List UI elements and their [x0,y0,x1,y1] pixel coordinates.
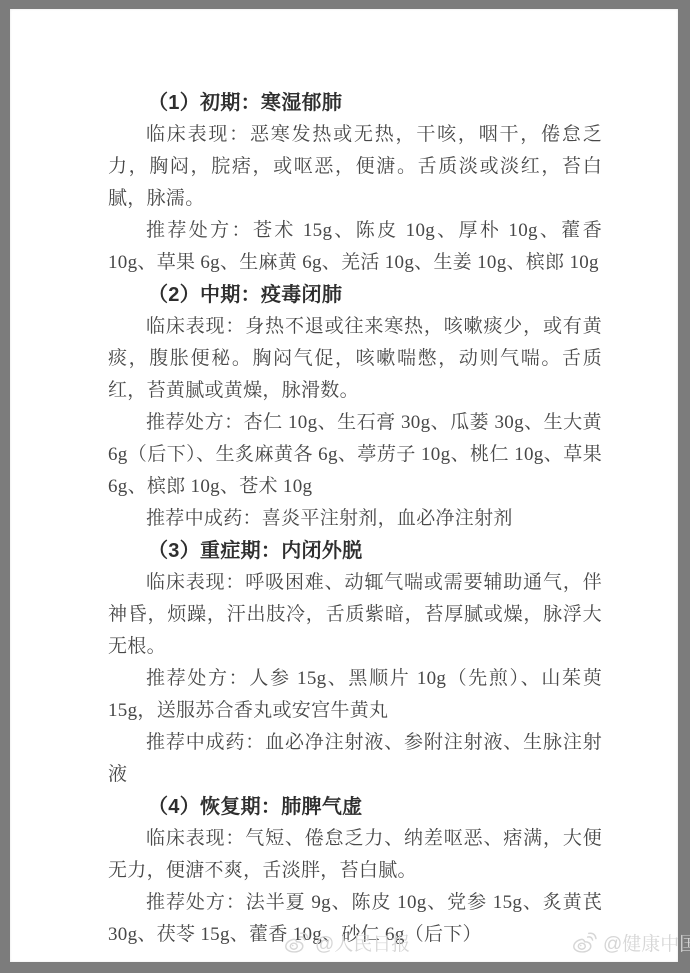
section-heading: （1）初期：寒湿郁肺 [108,87,602,119]
weibo-icon [571,929,598,956]
section-severe-stage: （3）重症期：内闭外脱 临床表现：呼吸困难、动辄气喘或需要辅助通气，伴神昏，烦躁… [108,535,602,791]
watermark-people-daily: @人民日报 [283,929,410,956]
recommended-prescription: 推荐处方：杏仁 10g、生石膏 30g、瓜蒌 30g、生大黄 6g（后下）、生炙… [108,407,602,503]
clinical-manifestations: 临床表现：气短、倦怠乏力、纳差呕恶、痞满，大便无力，便溏不爽，舌淡胖，苔白腻。 [108,823,602,887]
recommended-patent-medicine: 推荐中成药：喜炎平注射剂，血必净注射剂 [108,503,602,535]
watermark-healthy-china: @健康中国 [571,929,690,956]
screenshot-root: { "page": { "background_color": "#7c7c7c… [0,0,690,973]
document-page: （1）初期：寒湿郁肺 临床表现：恶寒发热或无热，干咳，咽干，倦怠乏力，胸闷，脘痞… [10,9,678,962]
document-body: （1）初期：寒湿郁肺 临床表现：恶寒发热或无热，干咳，咽干，倦怠乏力，胸闷，脘痞… [108,87,602,951]
recommended-patent-medicine: 推荐中成药：血必净注射液、参附注射液、生脉注射液 [108,727,602,791]
section-heading: （2）中期：疫毒闭肺 [108,279,602,311]
section-recovery-stage: （4）恢复期：肺脾气虚 临床表现：气短、倦怠乏力、纳差呕恶、痞满，大便无力，便溏… [108,791,602,951]
section-heading: （4）恢复期：肺脾气虚 [108,791,602,823]
recommended-prescription: 推荐处方：苍术 15g、陈皮 10g、厚朴 10g、藿香 10g、草果 6g、生… [108,215,602,279]
section-heading: （3）重症期：内闭外脱 [108,535,602,567]
clinical-manifestations: 临床表现：呼吸困难、动辄气喘或需要辅助通气，伴神昏，烦躁，汗出肢冷，舌质紫暗，苔… [108,567,602,663]
section-middle-stage: （2）中期：疫毒闭肺 临床表现：身热不退或往来寒热，咳嗽痰少，或有黄痰，腹胀便秘… [108,279,602,535]
weibo-icon [283,929,310,956]
clinical-manifestations: 临床表现：身热不退或往来寒热，咳嗽痰少，或有黄痰，腹胀便秘。胸闷气促，咳嗽喘憋，… [108,311,602,407]
section-initial-stage: （1）初期：寒湿郁肺 临床表现：恶寒发热或无热，干咳，咽干，倦怠乏力，胸闷，脘痞… [108,87,602,279]
watermark-handle: @健康中国 [603,929,690,956]
clinical-manifestations: 临床表现：恶寒发热或无热，干咳，咽干，倦怠乏力，胸闷，脘痞，或呕恶，便溏。舌质淡… [108,119,602,215]
recommended-prescription: 推荐处方：人参 15g、黑顺片 10g（先煎）、山茱萸 15g，送服苏合香丸或安… [108,663,602,727]
watermark-handle: @人民日报 [315,929,410,956]
